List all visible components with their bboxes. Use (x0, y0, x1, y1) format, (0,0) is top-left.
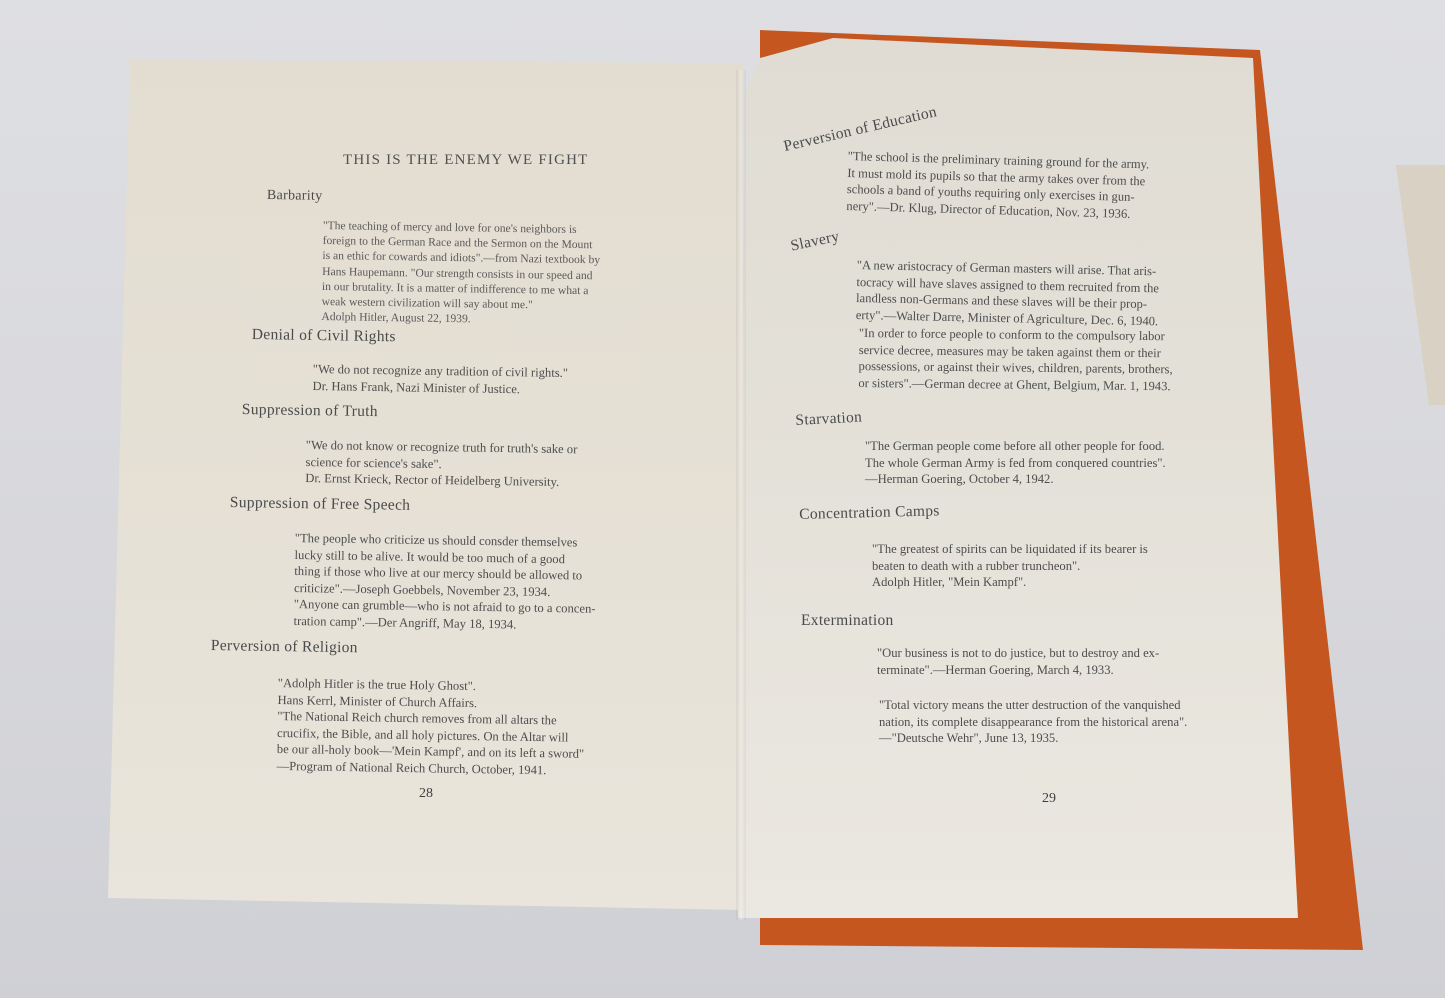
photo-scene: THIS IS THE ENEMY WE FIGHT Barbarity "Th… (0, 0, 1445, 998)
quote-civil-rights: "We do not recognize any tradition of ci… (312, 361, 672, 400)
quote-line: "The German people come before all other… (865, 438, 1240, 455)
background-sheet (1396, 165, 1445, 405)
section-heading-concentration-camps: Concentration Camps (799, 502, 940, 524)
quote-line: —"Deutsche Wehr", June 13, 1935. (879, 730, 1264, 747)
quote-religion: "Adolph Hitler is the true Holy Ghost". … (276, 675, 673, 780)
quote-slavery-1: "A new aristocracy of German masters wil… (856, 257, 1227, 331)
quote-education: "The school is the preliminary training … (846, 148, 1208, 224)
quote-extermination-2: "Total victory means the utter destructi… (879, 697, 1264, 747)
booklet-spine (736, 70, 746, 920)
page-number-right: 29 (1042, 791, 1056, 807)
quote-barbarity: "The teaching of mercy and love for one'… (321, 218, 678, 330)
quote-line: beaten to death with a rubber truncheon"… (872, 558, 1252, 575)
section-heading-civil-rights: Denial of Civil Rights (252, 326, 396, 346)
quote-concentration-camps: "The greatest of spirits can be liquidat… (872, 541, 1252, 591)
quote-line: "The greatest of spirits can be liquidat… (872, 541, 1252, 558)
quote-line: "Our business is not to do justice, but … (877, 645, 1262, 662)
quote-free-speech: "The people who criticize us should cons… (293, 530, 675, 635)
quote-truth: "We do not know or recognize truth for t… (305, 437, 676, 492)
quote-line: "Total victory means the utter destructi… (879, 697, 1264, 714)
quote-line: terminate".—Herman Goering, March 4, 193… (877, 662, 1262, 679)
quote-slavery-2: "In order to force people to conform to … (858, 325, 1234, 395)
quote-extermination-1: "Our business is not to do justice, but … (877, 645, 1262, 678)
section-heading-truth: Suppression of Truth (242, 401, 378, 421)
section-heading-extermination: Extermination (801, 612, 894, 630)
quote-starvation: "The German people come before all other… (865, 438, 1240, 488)
quote-line: nation, its complete disappearance from … (879, 714, 1264, 731)
section-heading-starvation: Starvation (795, 409, 863, 430)
page-number-left: 28 (419, 786, 433, 802)
page-title: THIS IS THE ENEMY WE FIGHT (343, 152, 589, 169)
quote-line: —Herman Goering, October 4, 1942. (865, 471, 1240, 488)
quote-line: The whole German Army is fed from conque… (865, 455, 1240, 472)
section-heading-religion: Perversion of Religion (211, 637, 358, 657)
section-heading-barbarity: Barbarity (267, 188, 323, 205)
section-heading-free-speech: Suppression of Free Speech (230, 494, 411, 515)
quote-line: Adolph Hitler, "Mein Kampf". (872, 574, 1252, 591)
